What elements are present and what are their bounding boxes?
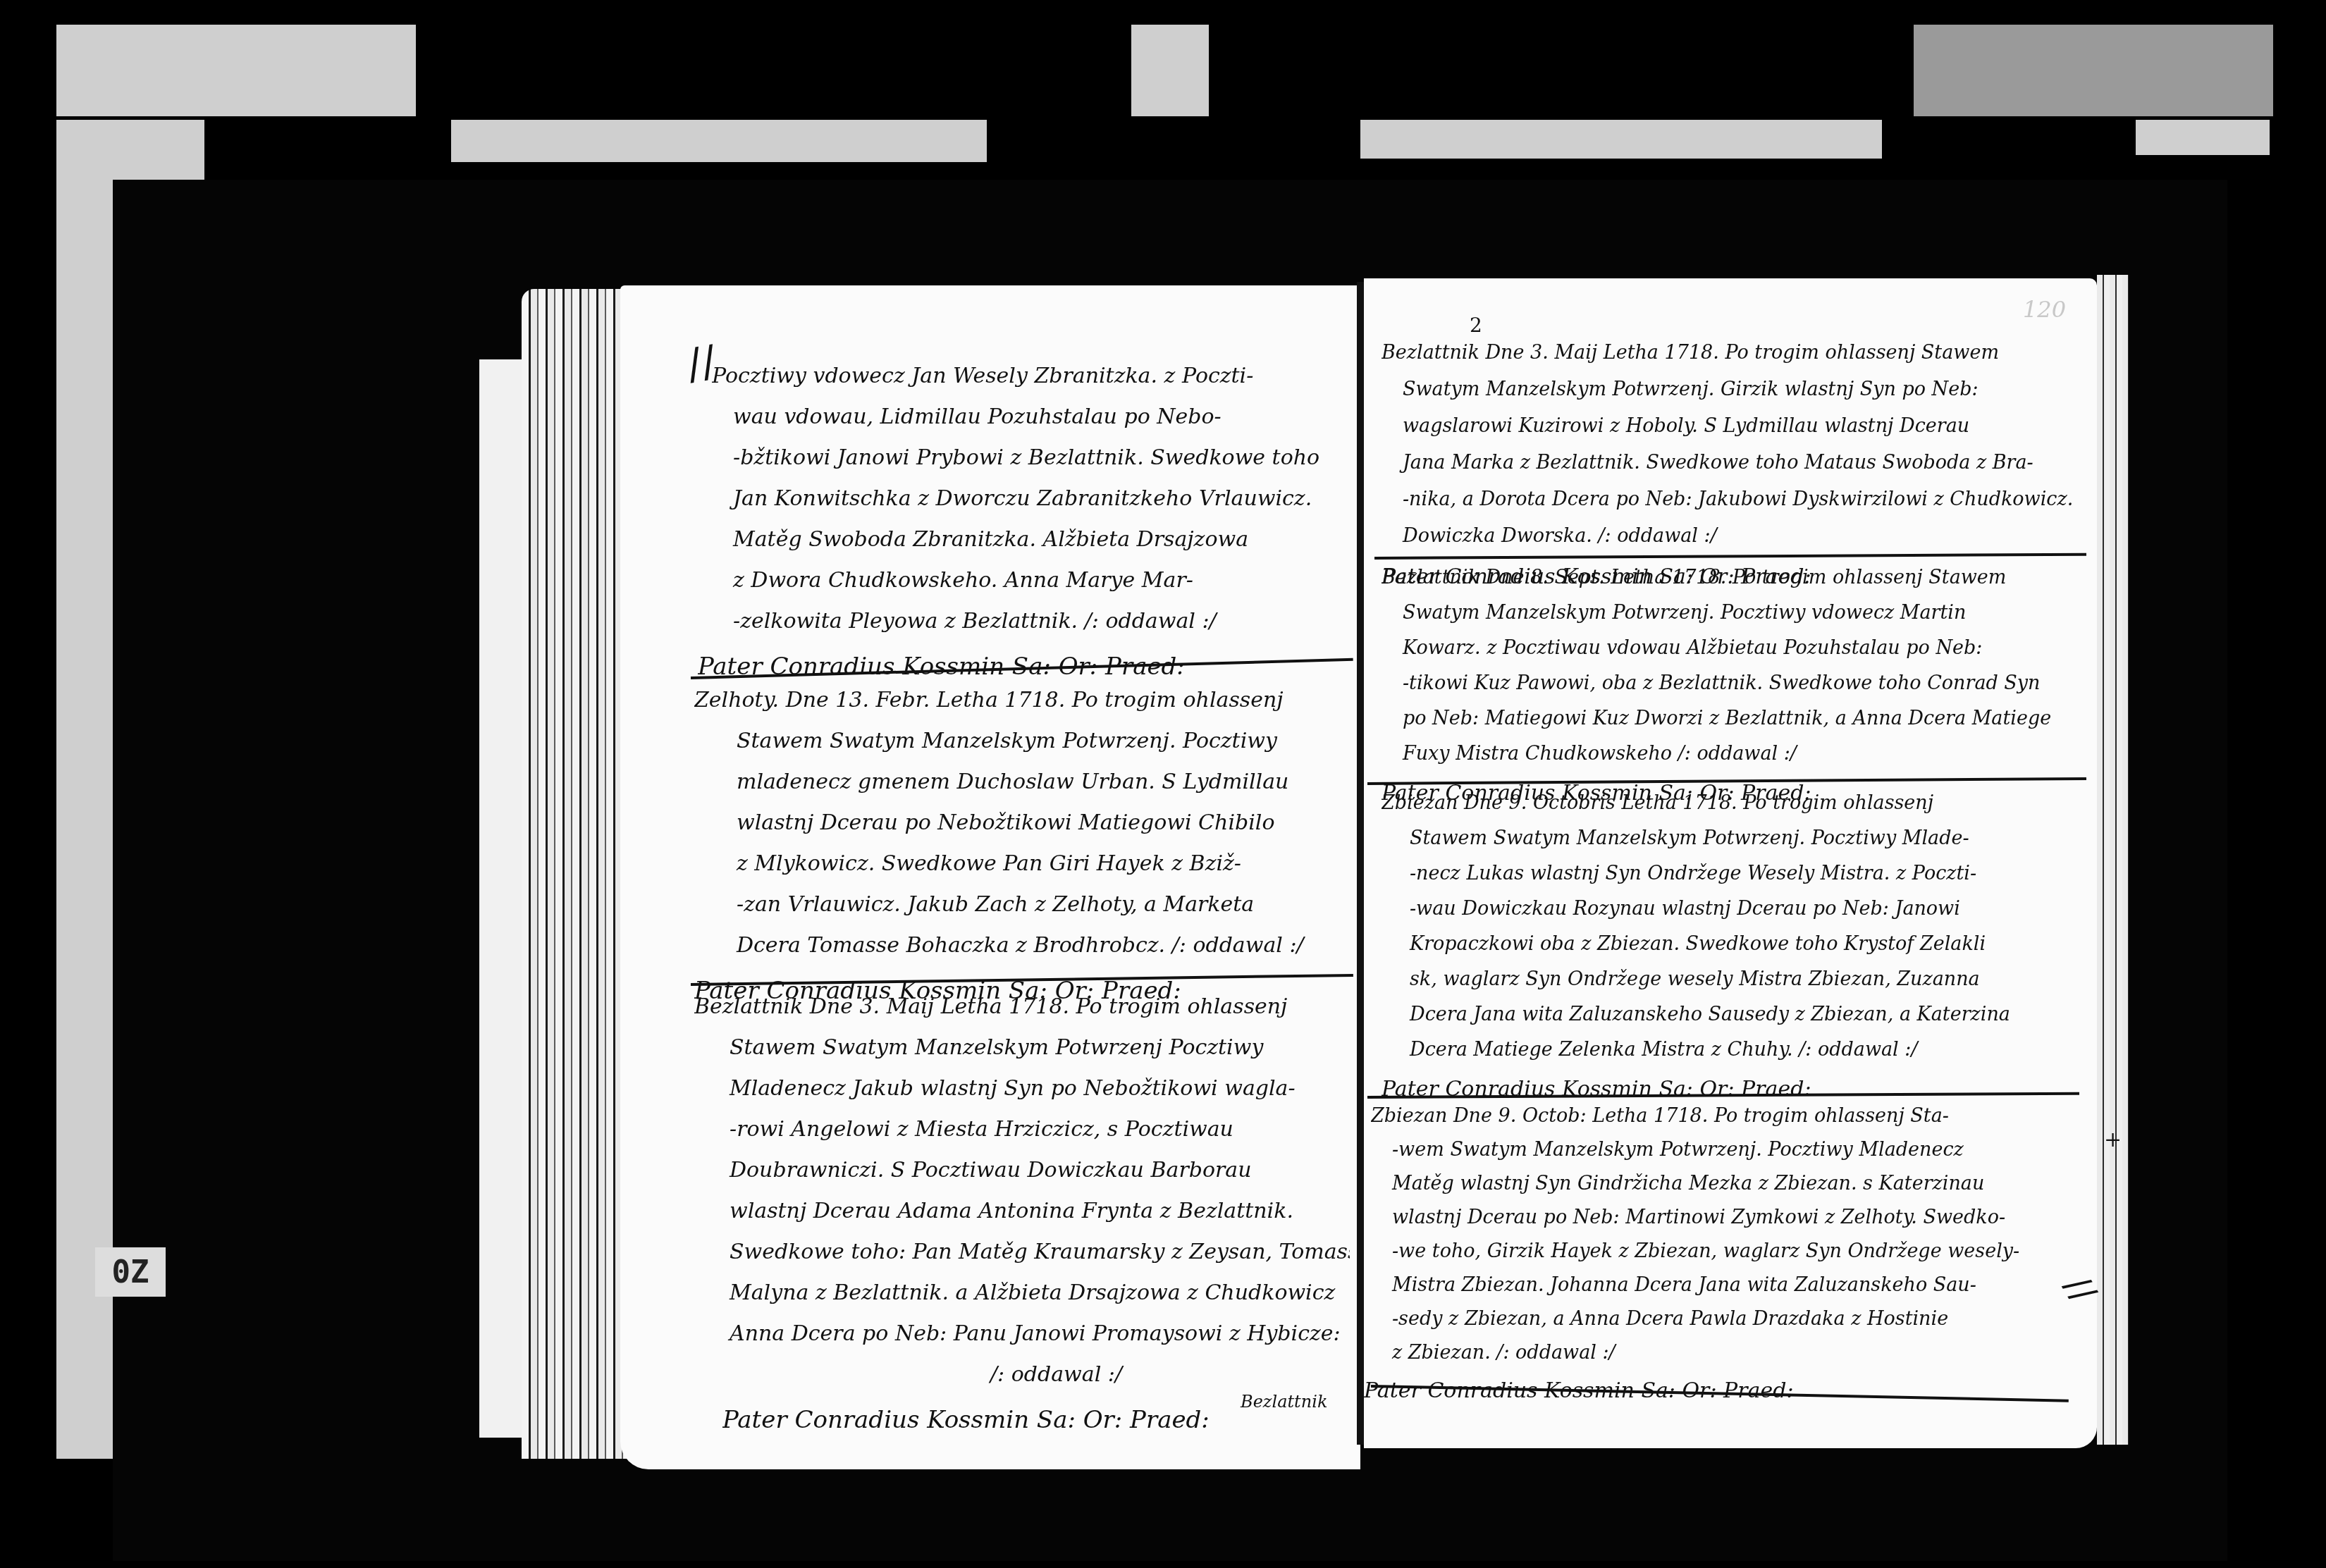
record-line: Matěg Swoboda Zbranitzka. Alžbieta Drsaj… bbox=[712, 519, 1346, 560]
record-line: wlastnj Dcerau po Neb: Martinowi Zymkowi… bbox=[1371, 1201, 2083, 1235]
record-line: Swatym Manzelskym Potwrzenj. Pocztiwy vd… bbox=[1382, 595, 2086, 631]
record-line: Fuxy Mistra Chudkowskeho /: oddawal :/ bbox=[1382, 736, 2086, 772]
record-line: sk, waglarz Syn Ondržege wesely Mistra Z… bbox=[1382, 962, 2086, 997]
record-entry: Zbiezan Dne 9. Octob: Letha 1718. Po tro… bbox=[1371, 1099, 2083, 1408]
backdrop-strip-top-left bbox=[451, 120, 987, 162]
record-line: -tikowi Kuz Pawowi, oba z Bezlattnik. Sw… bbox=[1382, 666, 2086, 701]
page-number: 120 bbox=[2023, 296, 2066, 323]
record-line: Matěg wlastnj Syn Gindržicha Mezka z Zbi… bbox=[1371, 1167, 2083, 1201]
record-line: z Mlykowicz. Swedkowe Pan Giri Hayek z B… bbox=[694, 844, 1350, 884]
record-line: -nika, a Dorota Dcera po Neb: Jakubowi D… bbox=[1382, 481, 2086, 518]
record-line: Anna Dcera po Neb: Panu Janowi Promaysow… bbox=[694, 1314, 1350, 1354]
record-line: wlastnj Dcerau Adama Antonina Frynta z B… bbox=[694, 1191, 1350, 1232]
record-line: Dcera Tomasse Bohaczka z Brodhrobcz. /: … bbox=[694, 925, 1350, 966]
record-line: wau vdowau, Lidmillau Pozuhstalau po Neb… bbox=[712, 397, 1346, 438]
record-line: Jan Konwitschka z Dworczu Zabranitzkeho … bbox=[712, 479, 1346, 519]
record-line: Swedkowe toho: Pan Matěg Kraumarsky z Ze… bbox=[694, 1232, 1350, 1273]
record-line: -bžtikowi Janowi Prybowi z Bezlattnik. S… bbox=[712, 438, 1346, 479]
margin-mark: + bbox=[2104, 1128, 2122, 1152]
record-line: Dcera Matiege Zelenka Mistra z Chuhy. /:… bbox=[1382, 1032, 2086, 1068]
record-line: /: oddawal :/ bbox=[694, 1354, 1350, 1395]
record-line: Jana Marka z Bezlattnik. Swedkowe toho M… bbox=[1382, 445, 2086, 481]
record-line: Mladenecz Jakub wlastnj Syn po Nebožtiko… bbox=[694, 1068, 1350, 1109]
record-line: Zbiezan Dne 9. Octob: Letha 1718. Po tro… bbox=[1371, 1099, 2083, 1133]
record-line: wagslarowi Kuzirowi z Hoboly. S Lydmilla… bbox=[1382, 408, 2086, 445]
record-line: Kowarz. z Pocztiwau vdowau Alžbietau Poz… bbox=[1382, 631, 2086, 666]
record-line: z Zbiezan. /: oddawal :/ bbox=[1371, 1336, 2083, 1370]
record-line: Bezlattnik Dne 3. Maij Letha 1718. Po tr… bbox=[694, 987, 1350, 1027]
backdrop-strip-top-right bbox=[1360, 120, 1882, 159]
record-line: -zan Vrlauwicz. Jakub Zach z Zelhoty, a … bbox=[694, 884, 1350, 925]
record-line: wlastnj Dcerau po Nebožtikowi Matiegowi … bbox=[694, 803, 1350, 844]
record-line: Dowiczka Dworska. /: oddawal :/ bbox=[1382, 518, 2086, 555]
record-line: Dcera Jana wita Zaluzanskeho Sausedy z Z… bbox=[1382, 997, 2086, 1032]
record-line: Pocztiwy vdowecz Jan Wesely Zbranitzka. … bbox=[712, 356, 1346, 397]
film-frame-tag: 0Z bbox=[95, 1247, 166, 1297]
backdrop-strip-far-right bbox=[2136, 120, 2270, 155]
record-line: Swatym Manzelskym Potwrzenj. Girzik wlas… bbox=[1382, 371, 2086, 408]
record-line: -rowi Angelowi z Miesta Hrziczicz, s Poc… bbox=[694, 1109, 1350, 1150]
record-line: -wem Swatym Manzelskym Potwrzenj. Poczti… bbox=[1371, 1133, 2083, 1167]
record-line: Doubrawniczi. S Pocztiwau Dowiczkau Barb… bbox=[694, 1150, 1350, 1191]
record-line: Bezlattnik Dne 8. Sept. Letha 1718. Po t… bbox=[1382, 560, 2086, 595]
record-line: Bezlattnik Dne 3. Maij Letha 1718. Po tr… bbox=[1382, 335, 2086, 371]
record-line: z Dwora Chudkowskeho. Anna Marye Mar- bbox=[712, 560, 1346, 601]
record-entry: Pocztiwy vdowecz Jan Wesely Zbranitzka. … bbox=[712, 356, 1346, 687]
record-line: Zelhoty. Dne 13. Febr. Letha 1718. Po tr… bbox=[694, 680, 1350, 721]
record-line: po Neb: Matiegowi Kuz Dworzi z Bezlattni… bbox=[1382, 701, 2086, 736]
record-line: Stawem Swatym Manzelskym Potwrzenj. Pocz… bbox=[1382, 821, 2086, 856]
record-line: -wau Dowiczkau Rozynau wlastnj Dcerau po… bbox=[1382, 891, 2086, 927]
record-line: -sedy z Zbiezan, a Anna Dcera Pawla Draz… bbox=[1371, 1302, 2083, 1336]
loose-sheet-edge bbox=[479, 359, 522, 1438]
record-line: Stawem Swatym Manzelskym Potwrzenj Poczt… bbox=[694, 1027, 1350, 1068]
record-line: mladenecz gmenem Duchoslaw Urban. S Lydm… bbox=[694, 762, 1350, 803]
page-edges-right bbox=[2097, 275, 2129, 1445]
record-line: Kropaczkowi oba z Zbiezan. Swedkowe toho… bbox=[1382, 927, 2086, 962]
record-entry: Bezlattnik Dne 3. Maij Letha 1718. Po tr… bbox=[694, 987, 1350, 1440]
record-entry: Bezlattnik Dne 8. Sept. Letha 1718. Po t… bbox=[1382, 560, 2086, 811]
backdrop-panel-center bbox=[1131, 25, 1209, 116]
bottom-village-note: Bezlattnik bbox=[1241, 1392, 1327, 1412]
backdrop-panel-right bbox=[1914, 25, 2273, 116]
record-line: -necz Lukas wlastnj Syn Ondržege Wesely … bbox=[1382, 856, 2086, 891]
record-line: Zbiezan Dne 9. Octobris Letha 1718. Po t… bbox=[1382, 786, 2086, 821]
record-line: -zelkowita Pleyowa z Bezlattnik. /: odda… bbox=[712, 601, 1346, 642]
record-line: -we toho, Girzik Hayek z Zbiezan, waglar… bbox=[1371, 1235, 2083, 1268]
record-entry: Zbiezan Dne 9. Octobris Letha 1718. Po t… bbox=[1382, 786, 2086, 1107]
record-line: Stawem Swatym Manzelskym Potwrzenj. Pocz… bbox=[694, 721, 1350, 762]
priest-signature: Pater Conradius Kossmin Sa: Or: Praed: bbox=[1364, 1374, 2083, 1408]
backdrop-panel-left bbox=[56, 25, 416, 116]
record-line: Mistra Zbiezan. Johanna Dcera Jana wita … bbox=[1371, 1268, 2083, 1302]
folio-mark: 2 bbox=[1470, 314, 1482, 337]
record-line: Malyna z Bezlattnik. a Alžbieta Drsajzow… bbox=[694, 1273, 1350, 1314]
record-entry: Zelhoty. Dne 13. Febr. Letha 1718. Po tr… bbox=[694, 680, 1350, 1011]
